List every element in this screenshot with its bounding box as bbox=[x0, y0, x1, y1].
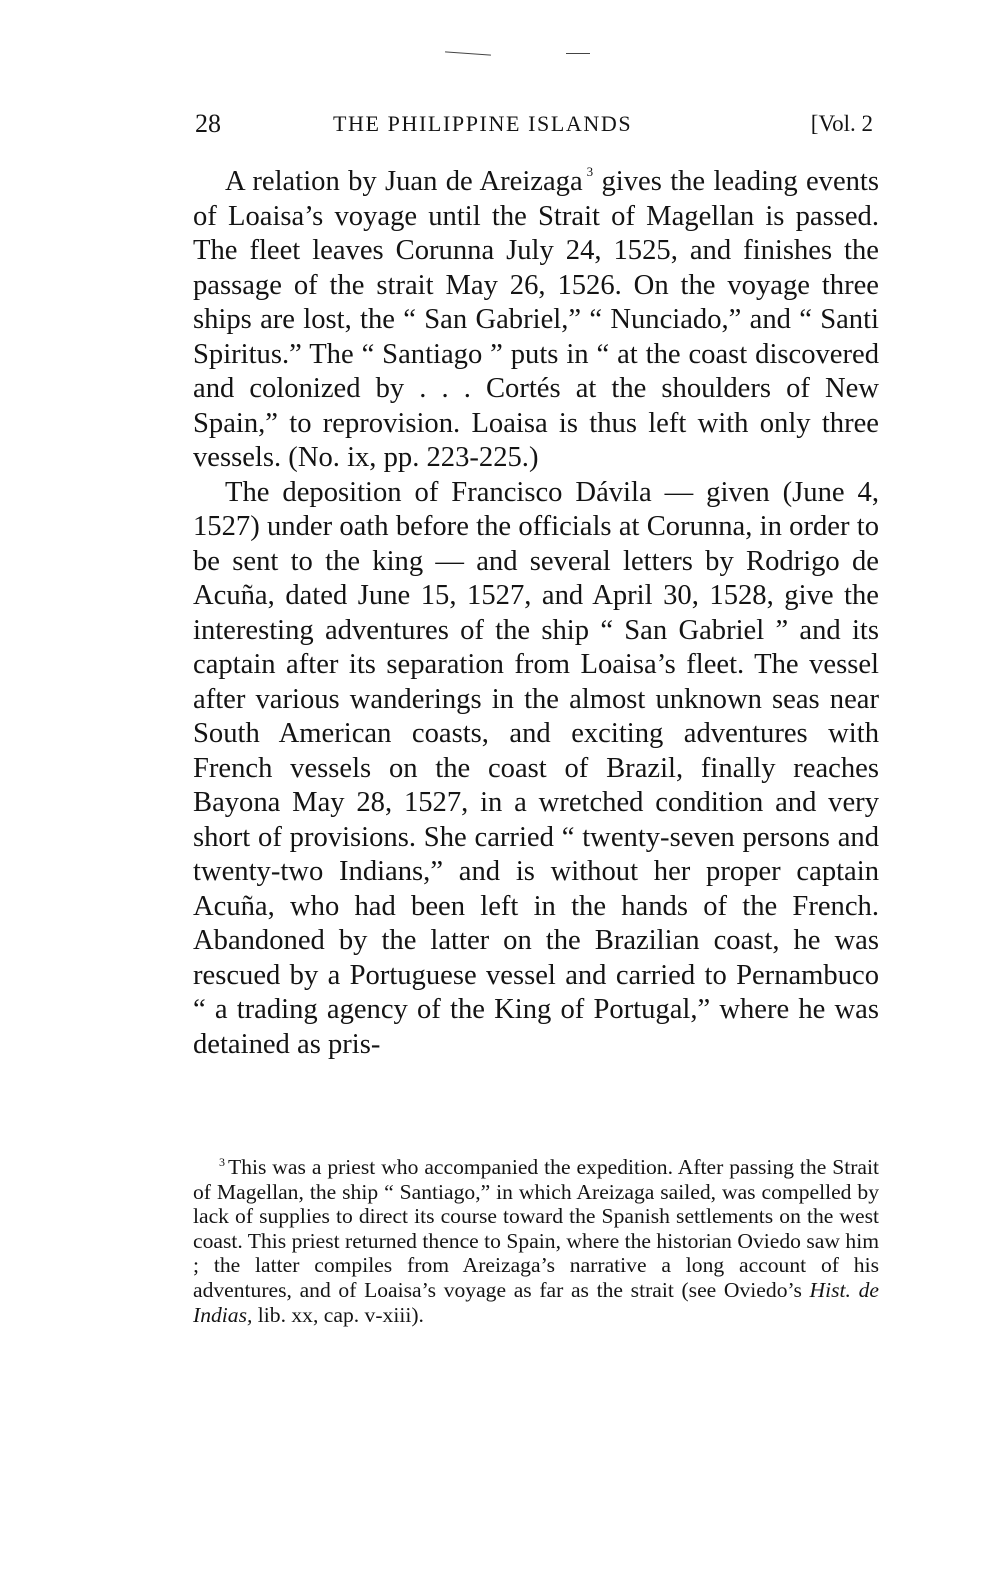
footnote-mark: 3 bbox=[219, 1155, 225, 1169]
scan-artifact-line bbox=[566, 53, 590, 54]
running-head: 28 THE PHILIPPINE ISLANDS [Vol. 2 bbox=[193, 108, 879, 140]
body-text: A relation by Juan de Areizaga3 gives th… bbox=[193, 165, 879, 1062]
running-title: THE PHILIPPINE ISLANDS bbox=[333, 108, 632, 140]
scan-artifact-line bbox=[445, 51, 491, 55]
footnote: 3This was a priest who accompanied the e… bbox=[193, 1155, 879, 1327]
paragraph-areizaga: A relation by Juan de Areizaga3 gives th… bbox=[193, 165, 879, 476]
footnote-3: 3This was a priest who accompanied the e… bbox=[193, 1155, 879, 1327]
footnote-text-end: lib. xx, cap. v-xiii). bbox=[252, 1303, 424, 1327]
volume-label: [Vol. 2 bbox=[811, 108, 873, 140]
footnote-text: This was a priest who accompanied the ex… bbox=[193, 1155, 879, 1302]
paragraph-text: gives the leading events of Loaisa’s voy… bbox=[193, 166, 879, 473]
page-number: 28 bbox=[195, 108, 221, 140]
paragraph-text: A relation by Juan de Areizaga bbox=[225, 166, 583, 197]
paragraph-davila: The deposition of Francisco Dávila — giv… bbox=[193, 476, 879, 1063]
